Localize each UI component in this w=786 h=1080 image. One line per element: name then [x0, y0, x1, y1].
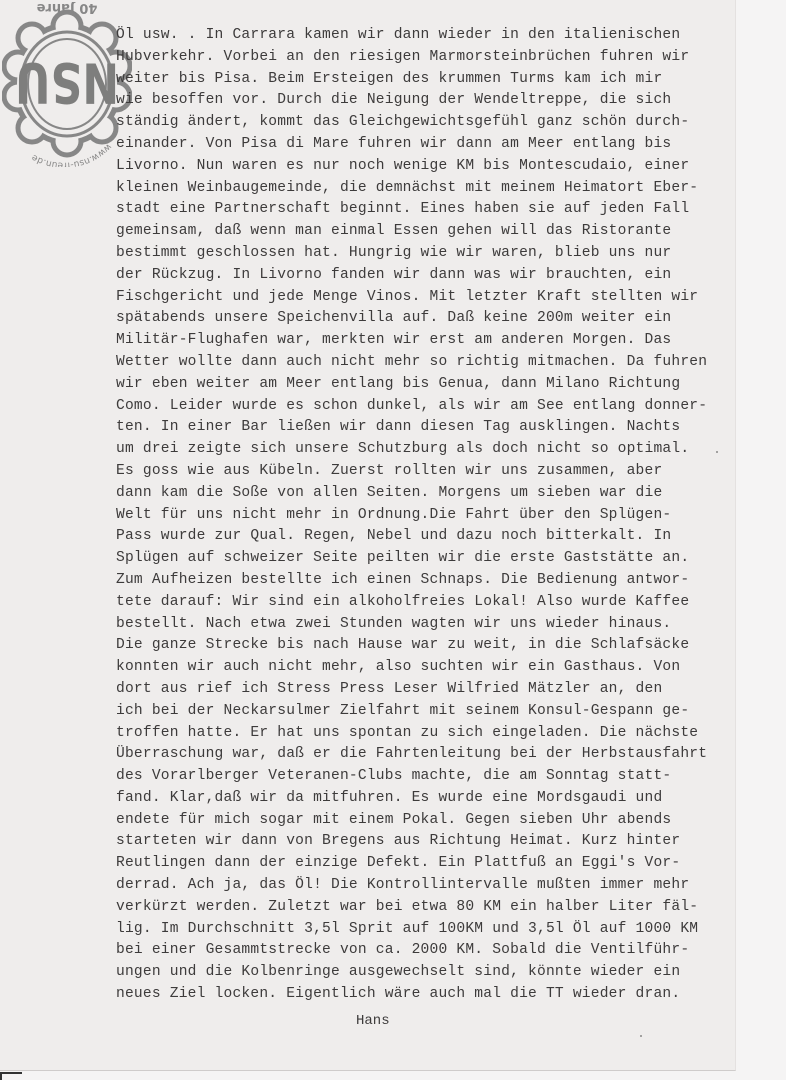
text-line: gemeinsam, daß wenn man einmal Essen geh…: [116, 221, 707, 243]
text-line: starteten wir dann von Bregens aus Richt…: [116, 831, 707, 853]
text-line: Es goss wie aus Kübeln. Zuerst rollten w…: [116, 461, 707, 483]
text-line: Welt für uns nicht mehr in Ordnung.Die F…: [116, 505, 707, 527]
text-line: dann kam die Soße von allen Seiten. Morg…: [116, 483, 707, 505]
text-line: spätabends unsere Speichenvilla auf. Daß…: [116, 308, 707, 330]
svg-text:40 Jahre: 40 Jahre: [36, 2, 97, 15]
text-line: ten. In einer Bar ließen wir dann diesen…: [116, 417, 707, 439]
typewritten-body: Öl usw. . In Carrara kamen wir dann wied…: [116, 25, 707, 1006]
text-line: Fischgericht und jede Menge Vinos. Mit l…: [116, 287, 707, 309]
text-line: Hubverkehr. Vorbei an den riesigen Marmo…: [116, 47, 707, 69]
nsu-logo-watermark-icon: NSU www.nsu-freun.de 40 Jahre: [2, 2, 132, 167]
text-line: ich bei der Neckarsulmer Zielfahrt mit s…: [116, 701, 707, 723]
text-line: weiter bis Pisa. Beim Ersteigen des krum…: [116, 69, 707, 91]
text-line: um drei zeigte sich unsere Schutzburg al…: [116, 439, 707, 461]
text-line: Die ganze Strecke bis nach Hause war zu …: [116, 635, 707, 657]
text-line: Zum Aufheizen bestellte ich einen Schnap…: [116, 570, 707, 592]
text-line: bestimmt geschlossen hat. Hungrig wie wi…: [116, 243, 707, 265]
text-line: konnten wir auch nicht mehr, also suchte…: [116, 657, 707, 679]
text-line: wie besoffen vor. Durch die Neigung der …: [116, 90, 707, 112]
text-line: Como. Leider wurde es schon dunkel, als …: [116, 396, 707, 418]
text-line: derrad. Ach ja, das Öl! Die Kontrollinte…: [116, 875, 707, 897]
text-line: Pass wurde zur Qual. Regen, Nebel und da…: [116, 526, 707, 548]
text-line: verkürzt werden. Zuletzt war bei etwa 80…: [116, 897, 707, 919]
signature: Hans: [356, 1013, 390, 1029]
scan-speck: [640, 1035, 642, 1037]
text-line: neues Ziel locken. Eigentlich wäre auch …: [116, 984, 707, 1006]
text-line: ungen und die Kolbenringe ausgewechselt …: [116, 962, 707, 984]
text-line: stadt eine Partnerschaft beginnt. Eines …: [116, 199, 707, 221]
text-line: tete darauf: Wir sind ein alkoholfreies …: [116, 592, 707, 614]
scan-corner-mark: [0, 1072, 22, 1080]
text-line: dort aus rief ich Stress Press Leser Wil…: [116, 679, 707, 701]
text-line: lig. Im Durchschnitt 3,5l Sprit auf 100K…: [116, 919, 707, 941]
text-line: kleinen Weinbaugemeinde, die demnächst m…: [116, 178, 707, 200]
text-line: Wetter wollte dann auch nicht mehr so ri…: [116, 352, 707, 374]
text-line: des Vorarlberger Veteranen-Clubs machte,…: [116, 766, 707, 788]
text-line: ständig ändert, kommt das Gleichgewichts…: [116, 112, 707, 134]
text-line: Überraschung war, daß er die Fahrtenleit…: [116, 744, 707, 766]
text-line: bestellt. Nach etwa zwei Stunden wagten …: [116, 614, 707, 636]
text-line: Reutlingen dann der einzige Defekt. Ein …: [116, 853, 707, 875]
text-line: endete für mich sogar mit einem Pokal. G…: [116, 810, 707, 832]
text-line: troffen hatte. Er hat uns spontan zu sic…: [116, 723, 707, 745]
text-line: Splügen auf schweizer Seite peilten wir …: [116, 548, 707, 570]
text-line: bei einer Gesammtstrecke von ca. 2000 KM…: [116, 940, 707, 962]
text-line: fand. Klar,daß wir da mitfuhren. Es wurd…: [116, 788, 707, 810]
text-line: Öl usw. . In Carrara kamen wir dann wied…: [116, 25, 707, 47]
text-line: der Rückzug. In Livorno fanden wir dann …: [116, 265, 707, 287]
scan-speck: [716, 451, 718, 453]
text-line: einander. Von Pisa di Mare fuhren wir da…: [116, 134, 707, 156]
text-line: Militär-Flughafen war, merkten wir erst …: [116, 330, 707, 352]
text-line: wir eben weiter am Meer entlang bis Genu…: [116, 374, 707, 396]
text-line: Livorno. Nun waren es nur noch wenige KM…: [116, 156, 707, 178]
scan-bottom-edge: [0, 1071, 786, 1080]
scan-margin: [736, 0, 786, 1080]
svg-text:NSU: NSU: [15, 50, 119, 114]
